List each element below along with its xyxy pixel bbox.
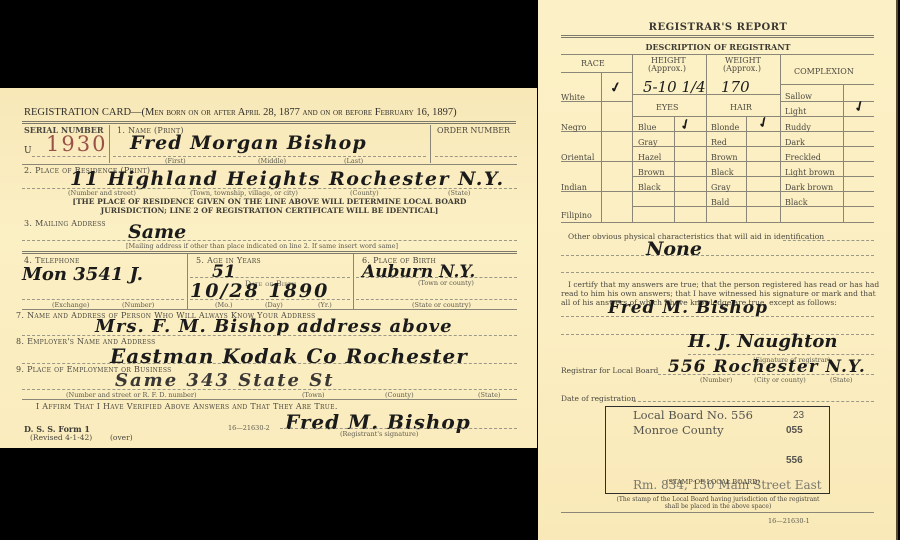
stamp-board-number: Local Board No. 556 bbox=[633, 408, 753, 422]
town-caption: (Town, township, village, or city) bbox=[190, 189, 298, 197]
complexion-sallow: Sallow bbox=[785, 92, 812, 101]
number-caption: (Number) bbox=[122, 301, 154, 309]
stamp-county: Monroe County bbox=[633, 423, 724, 437]
emp-state-caption: (State) bbox=[478, 391, 500, 399]
other-characteristics-value: None bbox=[646, 238, 702, 260]
stamp-caption: (STAMP OF LOCAL BOARD) bbox=[666, 478, 760, 486]
birth-town-caption: (Town or county) bbox=[418, 279, 474, 287]
emp-street-caption: (Number and street or R. F. D. number) bbox=[66, 391, 197, 399]
employment-place-value: Same 343 State St bbox=[115, 370, 335, 391]
telephone-value: Mon 3541 J. bbox=[22, 264, 143, 285]
county-caption: (County) bbox=[350, 189, 379, 197]
eyes-gray: Gray bbox=[638, 138, 658, 147]
certified-registrant-signature: Fred M. Bishop bbox=[608, 298, 768, 318]
state-caption: (State) bbox=[448, 189, 470, 197]
race-white: White bbox=[561, 93, 585, 102]
complexion-dark: Dark bbox=[785, 138, 805, 147]
date-of-registration-label: Date of registration bbox=[561, 394, 636, 403]
card-title: REGISTRATION CARD—(Men born on or after … bbox=[24, 107, 457, 118]
board-number-caption: (Number) bbox=[700, 376, 732, 384]
registrar-signature: H. J. Naughton bbox=[688, 331, 837, 352]
hair-brown: Brown bbox=[711, 153, 738, 162]
signature-caption: (Registrant's signature) bbox=[340, 430, 418, 438]
complexion-light: Light bbox=[785, 107, 806, 116]
over-note: (over) bbox=[110, 433, 133, 442]
hair-red: Red bbox=[711, 138, 727, 147]
description-subtitle: DESCRIPTION OF REGISTRANT bbox=[538, 42, 898, 52]
hair-header: HAIR bbox=[730, 103, 752, 112]
name-value: Fred Morgan Bishop bbox=[130, 132, 367, 154]
hair-blonde: Blonde bbox=[711, 123, 739, 132]
hair-black: Black bbox=[711, 168, 734, 177]
registrar-report-title: REGISTRAR'S REPORT bbox=[538, 22, 898, 33]
mailing-note: [Mailing address if other than place ind… bbox=[126, 242, 398, 250]
stamp-num-3: 556 bbox=[786, 455, 803, 466]
complexion-dark-brown: Dark brown bbox=[785, 183, 833, 192]
order-number-label: ORDER NUMBER bbox=[437, 126, 510, 135]
birth-state-caption: (State or country) bbox=[412, 301, 471, 309]
day-caption: (Day) bbox=[265, 301, 283, 309]
registrar-board-label: Registrar for Local Board bbox=[561, 366, 658, 375]
back-print-code: 16—21630-1 bbox=[768, 517, 810, 525]
registration-card-front: REGISTRATION CARD—(Men born on or after … bbox=[0, 88, 537, 448]
height-sub: (Approx.) bbox=[648, 64, 686, 73]
board-state-caption: (State) bbox=[830, 376, 852, 384]
race-filipino: Filipino bbox=[561, 211, 592, 220]
emp-town-caption: (Town) bbox=[302, 391, 325, 399]
revised-date: (Revised 4-1-42) bbox=[30, 433, 92, 442]
age-value: 51 bbox=[212, 262, 236, 282]
registration-card-back: REGISTRAR'S REPORT DESCRIPTION OF REGIST… bbox=[538, 0, 898, 540]
complexion-light-brown: Light brown bbox=[785, 168, 835, 177]
board-city-caption: (City or county) bbox=[754, 376, 806, 384]
hair-gray: Gray bbox=[711, 183, 731, 192]
eyes-black: Black bbox=[638, 183, 661, 192]
race-oriental: Oriental bbox=[561, 153, 594, 162]
complexion-black: Black bbox=[785, 198, 808, 207]
stamp-note: (The stamp of the Local Board having jur… bbox=[538, 496, 898, 510]
weight-sub: (Approx.) bbox=[723, 64, 761, 73]
eyes-brown: Brown bbox=[638, 168, 665, 177]
year-caption: (Yr.) bbox=[318, 301, 332, 309]
eyes-hazel: Hazel bbox=[638, 153, 661, 162]
print-code: 16—21630-2 bbox=[228, 424, 270, 432]
jurisdiction-notice: [THE PLACE OF RESIDENCE GIVEN ON THE LIN… bbox=[22, 197, 517, 215]
race-header: RACE bbox=[581, 59, 605, 68]
serial-prefix: U bbox=[24, 146, 32, 156]
mailing-label: 3. Mailing Address bbox=[24, 219, 106, 228]
complexion-header: COMPLEXION bbox=[794, 67, 854, 76]
stamp-num-1: 23 bbox=[793, 410, 804, 421]
complexion-ruddy: Ruddy bbox=[785, 123, 811, 132]
eyes-blue: Blue bbox=[638, 123, 656, 132]
serial-number-value: 1930 bbox=[46, 132, 107, 156]
month-caption: (Mo.) bbox=[215, 301, 233, 309]
street-caption: (Number and street) bbox=[68, 189, 136, 197]
exchange-caption: (Exchange) bbox=[52, 301, 89, 309]
complexion-freckled: Freckled bbox=[785, 153, 821, 162]
race-negro: Negro bbox=[561, 123, 587, 132]
divider bbox=[22, 121, 516, 124]
residence-value: 11 Highland Heights Rochester N.Y. bbox=[70, 168, 505, 190]
race-indian: Indian bbox=[561, 183, 587, 192]
stamp-num-2: 055 bbox=[786, 425, 803, 436]
hair-bald: Bald bbox=[711, 198, 729, 207]
contact-value: Mrs. F. M. Bishop address above bbox=[95, 316, 453, 337]
emp-county-caption: (County) bbox=[385, 391, 414, 399]
eyes-header: EYES bbox=[656, 103, 678, 112]
race-white-check-icon: ✓ bbox=[608, 79, 623, 97]
